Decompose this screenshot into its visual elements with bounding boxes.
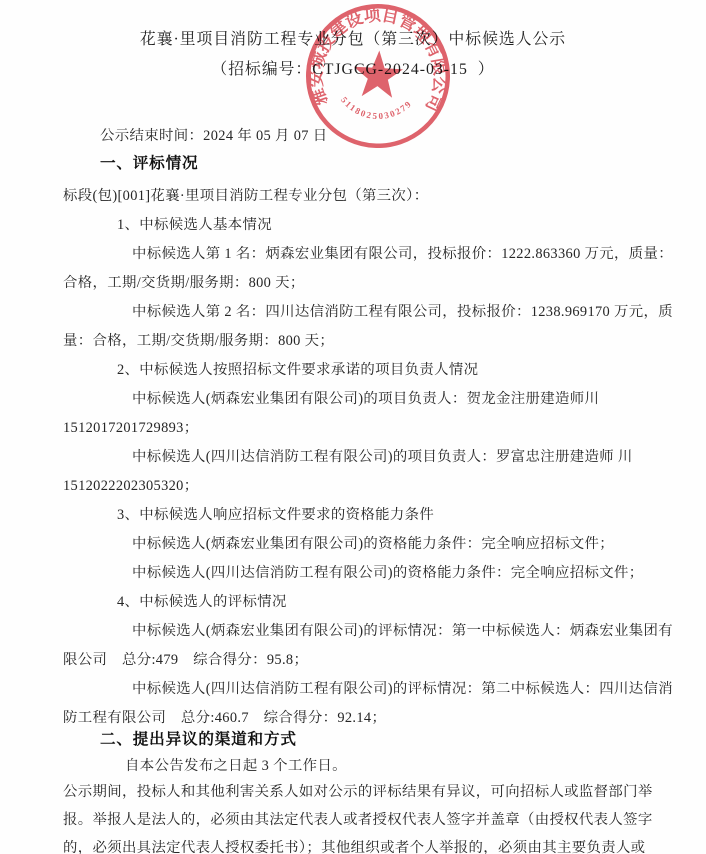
bid-section-line: 标段(包)[001]花襄·里项目消防工程专业分包（第三次）： <box>63 186 428 206</box>
svg-text:5118025030279: 5118025030279 <box>338 95 414 123</box>
seal-company-name: 雅安城投建设项目管理有限公司 <box>304 2 454 116</box>
candidate2-info-line1: 中标候选人第 2 名：四川达信消防工程有限公司，投标报价：1238.969170… <box>132 302 673 322</box>
objection-para-line3: 的，必须出具法定代表人授权委托书）；其他组织或者个人举报的，必须由其主要负责人或 <box>63 838 645 854</box>
evaluation2-line2: 防工程有限公司 总分:460.7 综合得分：92.14； <box>63 708 386 728</box>
objection-para-line2: 报。举报人是法人的，必须由其法定代表人或者授权代表人签字并盖章（由授权代表人签字 <box>63 810 653 830</box>
manager1-line1: 中标候选人(炳森宏业集团有限公司)的项目负责人：贺龙金注册建造师川 <box>132 389 599 409</box>
evaluation2-line1: 中标候选人(四川达信消防工程有限公司)的评标情况：第二中标候选人：四川达信消 <box>132 679 673 699</box>
document-title-line1: 花襄·里项目消防工程专业分包（第三次）中标候选人公示 <box>0 30 706 50</box>
announcement-document: 花襄·里项目消防工程专业分包（第三次）中标候选人公示 （招标编号：CTJGCG-… <box>0 0 706 854</box>
item3-heading: 3、中标候选人响应招标文件要求的资格能力条件 <box>117 505 434 525</box>
objection-period-line: 自本公告发布之日起 3 个工作日。 <box>125 756 347 776</box>
evaluation1-line1: 中标候选人(炳森宏业集团有限公司)的评标情况：第一中标候选人：炳森宏业集团有 <box>132 621 673 641</box>
document-title-line2: （招标编号：CTJGCG-2024-03-15 ） <box>0 60 706 80</box>
publicity-end-time: 公示结束时间：2024 年 05 月 07 日 <box>100 126 328 146</box>
manager2-line2: 1512022202305320； <box>63 476 198 496</box>
candidate1-info-line1: 中标候选人第 1 名：炳森宏业集团有限公司，投标报价：1222.863360 万… <box>132 244 673 264</box>
evaluation1-line2: 限公司 总分:479 综合得分：95.8； <box>63 650 308 670</box>
item1-heading: 1、中标候选人基本情况 <box>117 215 272 235</box>
qualification2-line: 中标候选人(四川达信消防工程有限公司)的资格能力条件：完全响应招标文件； <box>132 563 643 583</box>
candidate2-info-line2: 量：合格，工期/交货期/服务期：800 天； <box>63 331 334 351</box>
item4-heading: 4、中标候选人的评标情况 <box>117 592 287 612</box>
item2-heading: 2、中标候选人按照招标文件要求承诺的项目负责人情况 <box>117 360 478 380</box>
seal-serial-number: 5118025030279 <box>338 95 414 123</box>
manager2-line1: 中标候选人(四川达信消防工程有限公司)的项目负责人：罗富忠注册建造师 川 <box>132 447 633 467</box>
manager1-line2: 1512017201729893； <box>63 418 198 438</box>
section1-heading: 一、评标情况 <box>100 154 198 174</box>
svg-text:雅安城投建设项目管理有限公司: 雅安城投建设项目管理有限公司 <box>304 2 454 116</box>
qualification1-line: 中标候选人(炳森宏业集团有限公司)的资格能力条件：完全响应招标文件； <box>132 534 614 554</box>
section2-heading: 二、提出异议的渠道和方式 <box>100 730 297 750</box>
candidate1-info-line2: 合格，工期/交货期/服务期：800 天； <box>63 273 305 293</box>
objection-para-line1: 公示期间，投标人和其他利害关系人如对公示的评标结果有异议，可向招标人或监督部门举 <box>63 782 653 802</box>
